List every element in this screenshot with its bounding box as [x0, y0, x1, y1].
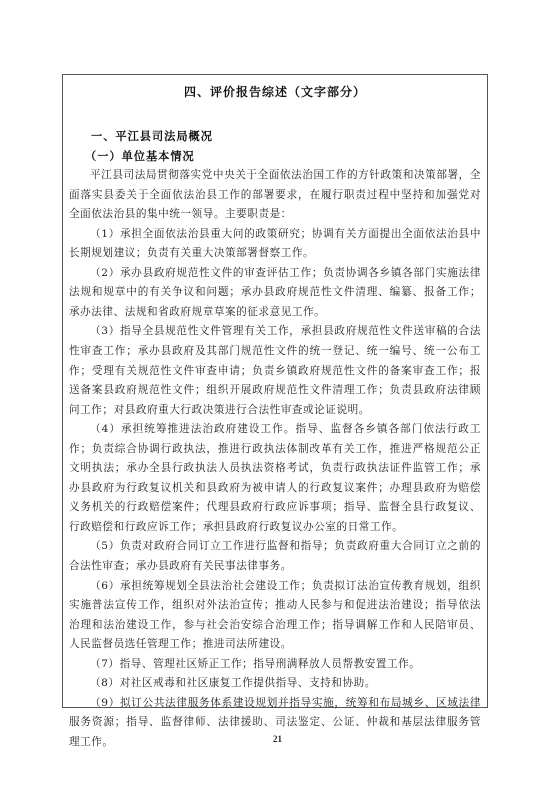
- page-number: 21: [0, 734, 555, 744]
- paragraph-duty-5: （5）负责对政府合同订立工作进行监督和指导；负责政府重大合同订立之前的合法性审查…: [69, 537, 481, 576]
- section-title: 四、评价报告综述（文字部分）: [63, 83, 487, 100]
- paragraph-intro: 平江县司法局贯彻落实党中央关于全面依法治国工作的方针政策和决策部署，全面落实县委…: [69, 166, 481, 225]
- paragraph-duty-3: （3）指导全县规范性文件管理有关工作，承担县政府规范性文件送审稿的合法性审查工作…: [69, 322, 481, 420]
- paragraph-duty-7: （7）指导、管理社区矫正工作；指导刑满释放人员帮教安置工作。: [69, 655, 481, 675]
- paragraph-duty-6: （6）承担统筹规划全县法治社会建设工作；负责拟订法治宣传教育规划，组织实施普法宣…: [69, 577, 481, 655]
- paragraph-duty-4: （4）承担统筹推进法治政府建设工作。指导、监督各乡镇各部门依法行政工作；负责综合…: [69, 420, 481, 537]
- paragraph-duty-8: （8）对社区戒毒和社区康复工作提供指导、支持和协助。: [69, 674, 481, 694]
- heading-overview: 一、平江县司法局概况: [69, 127, 481, 147]
- paragraph-duty-1: （1）承担全面依法治县重大问的政策研究；协调有关方面提出全面依法治县中长期规划建…: [69, 225, 481, 264]
- section-content: 一、平江县司法局概况 （一）单位基本情况 平江县司法局贯彻落实党中央关于全面依法…: [69, 127, 481, 753]
- report-section-box: 四、评价报告综述（文字部分） 一、平江县司法局概况 （一）单位基本情况 平江县司…: [62, 74, 488, 708]
- heading-basic-info: （一）单位基本情况: [69, 147, 481, 167]
- paragraph-duty-2: （2）承办县政府规范性文件的审查评估工作；负责协调各乡镇各部门实施法律法规和规章…: [69, 264, 481, 323]
